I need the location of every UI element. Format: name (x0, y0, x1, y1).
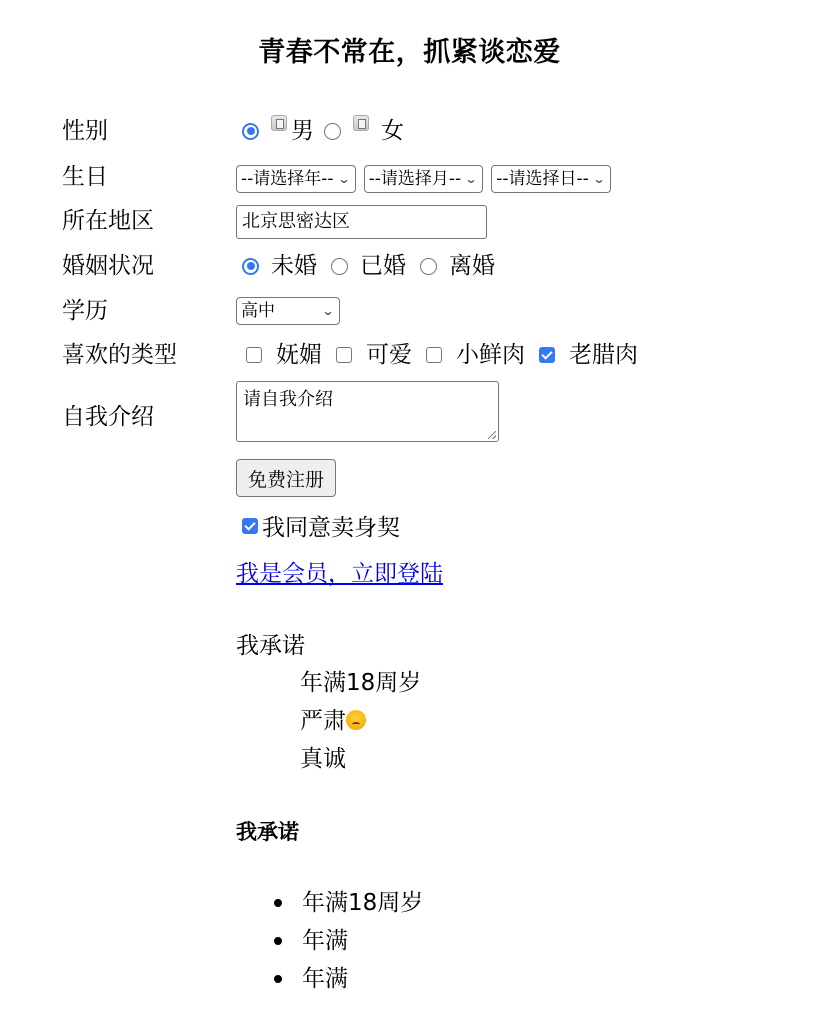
chevron-down-icon: ⌄ (465, 164, 478, 194)
education-label: 学历 (62, 296, 108, 326)
gender-option-female: 女 (381, 116, 404, 146)
birthday-label: 生日 (62, 162, 108, 192)
gender-radio-female[interactable] (324, 123, 341, 140)
intro-textarea-value: 请自我介绍 (243, 389, 333, 410)
gender-label: 性别 (62, 116, 108, 146)
preference-checkbox-young[interactable] (426, 347, 442, 363)
day-select-value: --请选择日-- (496, 164, 589, 194)
angry-face-icon (346, 710, 366, 730)
marital-label: 婚姻状况 (62, 251, 154, 281)
education-select-value: 高中 (241, 296, 275, 326)
region-field: 北京思密达区 (236, 205, 487, 239)
region-label: 所在地区 (62, 206, 154, 236)
preference-checkbox-charming[interactable] (246, 347, 262, 363)
preference-checkbox-mature[interactable] (539, 347, 555, 363)
bullet-icon (274, 899, 282, 907)
gender-radio-group: 男 女 (236, 116, 408, 146)
month-select[interactable]: --请选择月-- ⌄ (364, 165, 484, 193)
preference-checkbox-cute[interactable] (336, 347, 352, 363)
marital-radio-single[interactable] (242, 258, 259, 275)
promise-dl-item: 严肃 (300, 702, 366, 735)
chevron-down-icon: ⌄ (592, 164, 605, 194)
marital-option-divorced: 离婚 (449, 251, 495, 281)
month-select-value: --请选择月-- (369, 164, 462, 194)
promise-list: 年满18周岁 年满 年满 (262, 884, 423, 998)
region-input[interactable]: 北京思密达区 (236, 205, 487, 239)
broken-image-icon (271, 115, 287, 131)
preference-label: 喜欢的类型 (62, 340, 177, 370)
promise-heading: 我承诺 (236, 816, 299, 846)
day-select[interactable]: --请选择日-- ⌄ (491, 165, 611, 193)
list-item: 年满18周岁 (262, 884, 423, 922)
year-select[interactable]: --请选择年-- ⌄ (236, 165, 356, 193)
bullet-icon (274, 975, 282, 983)
list-item-text: 年满 (302, 960, 348, 998)
promise-dl-title: 我承诺 (236, 627, 305, 660)
list-item-text: 年满18周岁 (302, 884, 423, 922)
chevron-down-icon: ⌄ (321, 296, 334, 326)
marital-option-married: 已婚 (360, 251, 406, 281)
preference-option-cute: 可爱 (366, 340, 412, 370)
education-select[interactable]: 高中 ⌄ (236, 297, 340, 325)
intro-label: 自我介绍 (62, 402, 154, 432)
agree-row: 我同意卖身契 (236, 509, 400, 542)
marital-option-single: 未婚 (271, 251, 317, 281)
marital-radio-married[interactable] (331, 258, 348, 275)
intro-textarea[interactable]: 请自我介绍 (236, 381, 499, 442)
agree-label: 我同意卖身契 (262, 509, 400, 542)
chevron-down-icon: ⌄ (337, 164, 350, 194)
register-button[interactable]: 免费注册 (236, 459, 336, 497)
page-title: 青春不常在，抓紧谈恋爱 (0, 30, 819, 69)
marital-radio-divorced[interactable] (420, 258, 437, 275)
bullet-icon (274, 937, 282, 945)
preference-checkbox-group: 妩媚 可爱 小鲜肉 老腊肉 (236, 340, 642, 370)
promise-dl-item: 年满18周岁 (300, 664, 421, 697)
list-item: 年满 (262, 960, 423, 998)
promise-dl-item-text: 严肃 (300, 708, 346, 734)
resize-handle-icon[interactable] (488, 431, 496, 439)
marital-radio-group: 未婚 已婚 离婚 (236, 251, 499, 281)
list-item: 年满 (262, 922, 423, 960)
member-login-link[interactable]: 我是会员，立即登陆 (236, 555, 443, 588)
broken-image-icon (353, 115, 369, 131)
education-field: 高中 ⌄ (236, 297, 348, 325)
gender-radio-male[interactable] (242, 123, 259, 140)
preference-option-mature: 老腊肉 (569, 340, 638, 370)
preference-option-young: 小鲜肉 (456, 340, 525, 370)
preference-option-charming: 妩媚 (276, 340, 322, 370)
agree-checkbox[interactable] (242, 518, 258, 534)
promise-dl-item: 真诚 (300, 740, 346, 773)
year-select-value: --请选择年-- (241, 164, 334, 194)
gender-option-male: 男 (291, 116, 314, 146)
list-item-text: 年满 (302, 922, 348, 960)
birthday-selects: --请选择年-- ⌄ --请选择月-- ⌄ --请选择日-- ⌄ (236, 165, 619, 193)
